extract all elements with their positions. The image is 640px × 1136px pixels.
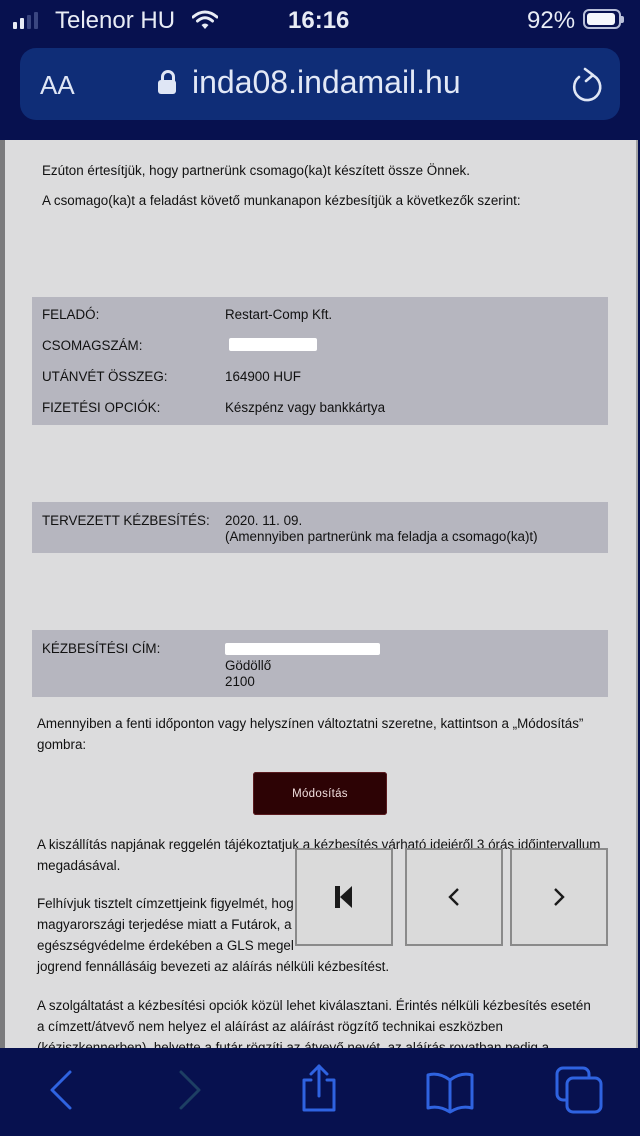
- text-size-button[interactable]: AA: [40, 70, 75, 101]
- cod-amount-value: 164900 HUF: [225, 369, 301, 385]
- planned-delivery-panel: TERVEZETT KÉZBESÍTÉS: 2020. 11. 09. (Ame…: [32, 502, 608, 553]
- url-domain[interactable]: inda08.indamail.hu: [192, 64, 461, 101]
- chevron-right-icon: [552, 887, 566, 907]
- status-bar: Telenor HU 16:16 92%: [0, 0, 640, 42]
- battery-percentage: 92%: [527, 7, 575, 35]
- modify-prompt-line-1: Amennyiben a fenti időponton vagy helysz…: [37, 713, 583, 734]
- carrier-name: Telenor HU: [55, 7, 175, 35]
- package-number-label: CSOMAGSZÁM:: [42, 338, 142, 353]
- notice-3-line-3: (kéziszkennerben), helyette a futár rögz…: [37, 1037, 549, 1048]
- modify-button[interactable]: Módosítás: [253, 772, 387, 815]
- chevron-left-icon: [447, 887, 461, 907]
- signal-strength-icon: [13, 12, 38, 29]
- notice-2-line-2: magyarországi terjedése miatt a Futárok,…: [37, 914, 292, 935]
- web-page-content: Ezúton értesítjük, hogy partnerünk csoma…: [0, 140, 638, 1048]
- tabs-icon[interactable]: [553, 1064, 605, 1116]
- browser-toolbar: [0, 1048, 640, 1136]
- payment-options-label: FIZETÉSI OPCIÓK:: [42, 400, 160, 415]
- previous-button[interactable]: [405, 848, 503, 946]
- street-address-redacted: [225, 643, 380, 655]
- lock-icon: [158, 70, 176, 94]
- sender-value: Restart-Comp Kft.: [225, 307, 332, 323]
- package-details-panel: FELADÓ: Restart-Comp Kft. CSOMAGSZÁM: UT…: [32, 297, 608, 425]
- notice-3-line-1: A szolgáltatást a kézbesítési opciók köz…: [37, 995, 591, 1016]
- address-bar[interactable]: AA inda08.indamail.hu: [20, 48, 620, 120]
- intro-line-2: A csomago(ka)t a feladást követő munkana…: [42, 190, 521, 211]
- notice-2-line-4: jogrend fennállásáig bevezeti az aláírás…: [37, 956, 389, 977]
- page-left-border: [0, 140, 5, 1048]
- cod-amount-label: UTÁNVÉT ÖSSZEG:: [42, 369, 168, 384]
- share-icon[interactable]: [297, 1062, 341, 1114]
- skip-to-first-icon: [333, 884, 355, 910]
- page-right-border: [636, 140, 638, 1048]
- payment-options-value: Készpénz vagy bankkártya: [225, 400, 385, 416]
- notice-2-line-3: egészségvédelme érdekében a GLS megel: [37, 935, 294, 956]
- clock: 16:16: [288, 7, 349, 35]
- planned-delivery-label: TERVEZETT KÉZBESÍTÉS:: [42, 513, 210, 528]
- notice-1-line-2: megadásával.: [37, 855, 120, 876]
- delivery-address-label: KÉZBESÍTÉSI CÍM:: [42, 641, 160, 656]
- notice-3-line-2: a címzett/átvevő nem helyez el aláírást …: [37, 1016, 503, 1037]
- delivery-postcode: 2100: [225, 674, 255, 690]
- delivery-city: Gödöllő: [225, 658, 271, 674]
- reload-icon[interactable]: [570, 66, 604, 104]
- sender-label: FELADÓ:: [42, 307, 99, 322]
- planned-delivery-note: (Amennyiben partnerünk ma feladja a csom…: [225, 529, 538, 545]
- battery-icon: [583, 9, 621, 29]
- package-number-redacted: [229, 338, 317, 351]
- delivery-address-panel: KÉZBESÍTÉSI CÍM: Gödöllő 2100: [32, 630, 608, 697]
- wifi-icon: [192, 10, 218, 30]
- next-button[interactable]: [510, 848, 608, 946]
- intro-line-1: Ezúton értesítjük, hogy partnerünk csoma…: [42, 160, 470, 181]
- forward-arrow-icon[interactable]: [175, 1068, 205, 1112]
- planned-delivery-date: 2020. 11. 09.: [225, 513, 302, 529]
- notice-2-line-1: Felhívjuk tisztelt címzettjeink figyelmé…: [37, 893, 294, 914]
- back-arrow-icon[interactable]: [46, 1068, 76, 1112]
- first-page-button[interactable]: [295, 848, 393, 946]
- modify-prompt-line-2: gombra:: [37, 734, 86, 755]
- bookmarks-icon[interactable]: [423, 1070, 477, 1114]
